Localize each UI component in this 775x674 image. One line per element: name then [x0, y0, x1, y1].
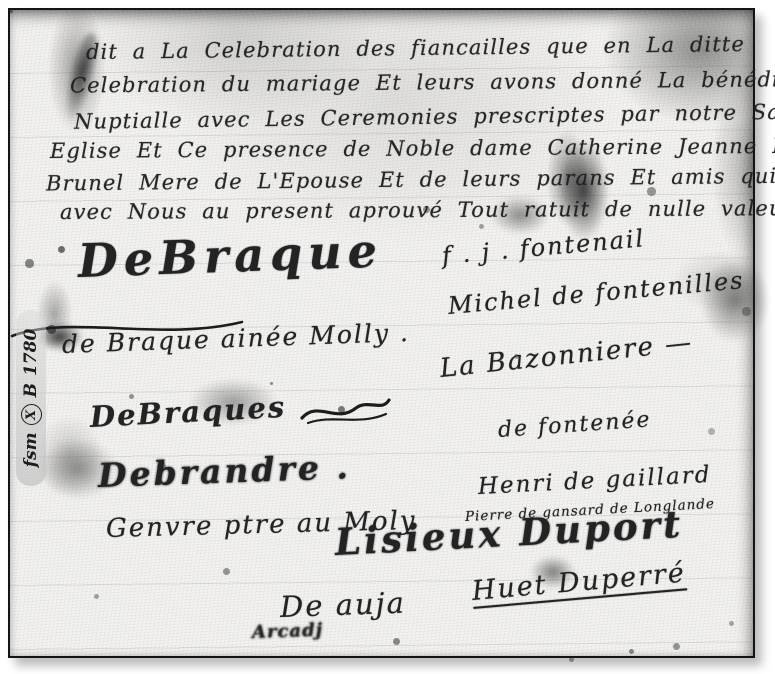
- signature-huet-duperre: Huet Duperré: [471, 557, 687, 607]
- archive-label-code: fsm: [21, 432, 41, 467]
- archive-label-year: 1780: [21, 329, 41, 376]
- signature-debraque: DeBraque: [77, 223, 384, 288]
- signature-de-braque-molly: de Braque ainée Molly .: [61, 318, 410, 359]
- signature-fj-fontenail: f . j . fontenail: [441, 224, 647, 270]
- ink-speckles: [10, 10, 13, 13]
- signature-henri-de-gaillard: Henri de gaillard: [477, 462, 712, 500]
- archive-label: fsm X B 1780: [16, 310, 46, 486]
- archive-label-series: B: [21, 383, 41, 397]
- signature-arcad-scribble: Arcadj: [252, 620, 324, 643]
- signature-michel-de-fontenilles: Michel de fontenilles: [447, 266, 746, 320]
- archive-label-letter: X: [24, 410, 39, 420]
- signature-la-bazonniere: La Bazonniere —: [438, 328, 694, 384]
- body-line-2: Celebration du mariage Et leurs avons do…: [70, 66, 775, 97]
- body-line-3: Nuptialle avec Les Ceremonies prescripte…: [74, 98, 775, 134]
- scan-viewport: dit a La Celebration des fiancailles que…: [0, 0, 775, 674]
- body-line-6: avec Nous au present aprouvé Tout ratuit…: [60, 196, 775, 224]
- archive-label-circled-letter: X: [21, 404, 42, 425]
- signature-debraques: DeBraques: [89, 390, 287, 434]
- paraph-flourish: [298, 390, 393, 432]
- signature-de-auja: De auja: [279, 586, 406, 624]
- signature-debrandre: Debrandre .: [97, 447, 351, 495]
- body-line-1: dit a La Celebration des fiancailles que…: [86, 32, 745, 64]
- signature-de-fontenee: de fontenée: [497, 407, 652, 443]
- document-page: dit a La Celebration des fiancailles que…: [8, 8, 755, 658]
- body-line-5: Brunel Mere de L'Epouse Et de leurs para…: [46, 162, 775, 195]
- body-line-4: Eglise Et Ce presence de Noble dame Cath…: [50, 133, 775, 163]
